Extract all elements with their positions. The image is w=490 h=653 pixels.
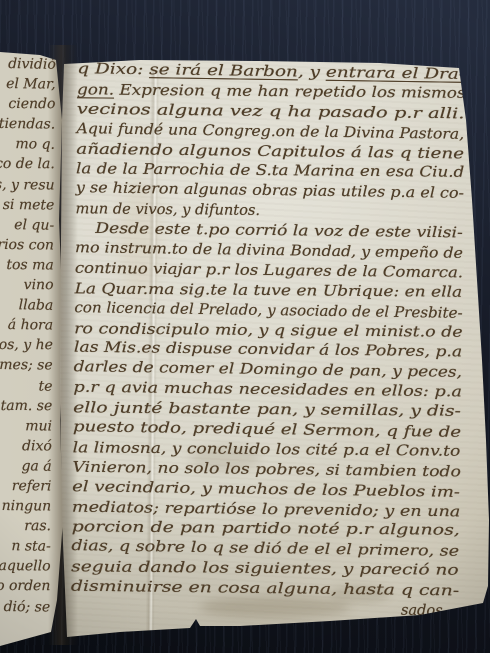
left-page-fragment: ga á (0, 455, 55, 477)
left-page-fragment: el Mar, (0, 74, 59, 95)
left-page-fragment: tam. se (0, 395, 55, 415)
left-page-fragment: ciendo (0, 94, 58, 114)
left-page-fragment: n sta- (0, 535, 54, 557)
left-page-fragment: llaba (0, 294, 56, 316)
left-page-fragment: referi (0, 475, 55, 496)
manuscript-page: q Dixo: se irá el Barbon, y entrara el D… (0, 0, 490, 653)
left-page-fragment: dixó (0, 435, 55, 456)
left-page-fragment: o orden (0, 576, 53, 596)
manuscript-text: q Dixo: se irá el Barbon, y entrara el D… (71, 60, 472, 622)
left-page-fragment: dió; se (0, 596, 53, 617)
left-page-fragment: á hora (0, 315, 56, 336)
left-page-fragment: nos, y he (0, 335, 56, 355)
left-page-fragment: vino (0, 275, 57, 295)
left-page-fragment: tiendas. (0, 114, 58, 135)
left-page-fragment: si mete (0, 194, 57, 215)
left-page-fragment: co de la. (0, 154, 58, 174)
left-page-fragment: te (0, 375, 56, 397)
manuscript-lines: q Dixo: se irá el Barbon, y entrara el D… (71, 60, 472, 602)
left-page-fragment: tos ma (0, 254, 57, 275)
left-page-fragment: mes; se (0, 355, 56, 376)
left-page-fragment: ningun (0, 496, 54, 517)
left-page-text: dividióel Mar,ciendotiendas.mo q.co de l… (0, 53, 59, 617)
manuscript-photo: dividióel Mar,ciendotiendas.mo q.co de l… (0, 0, 490, 653)
left-page-fragment: mui (0, 415, 55, 436)
left-page-fragment: rios con (0, 234, 57, 255)
left-page-fragment: s, y resu (0, 174, 58, 195)
left-page-fragment: el qu- (0, 214, 57, 236)
left-page-fragment: aquello (0, 556, 54, 577)
left-page-fragment: ras. (0, 516, 54, 536)
left-page-fragment: mo q. (0, 134, 58, 156)
